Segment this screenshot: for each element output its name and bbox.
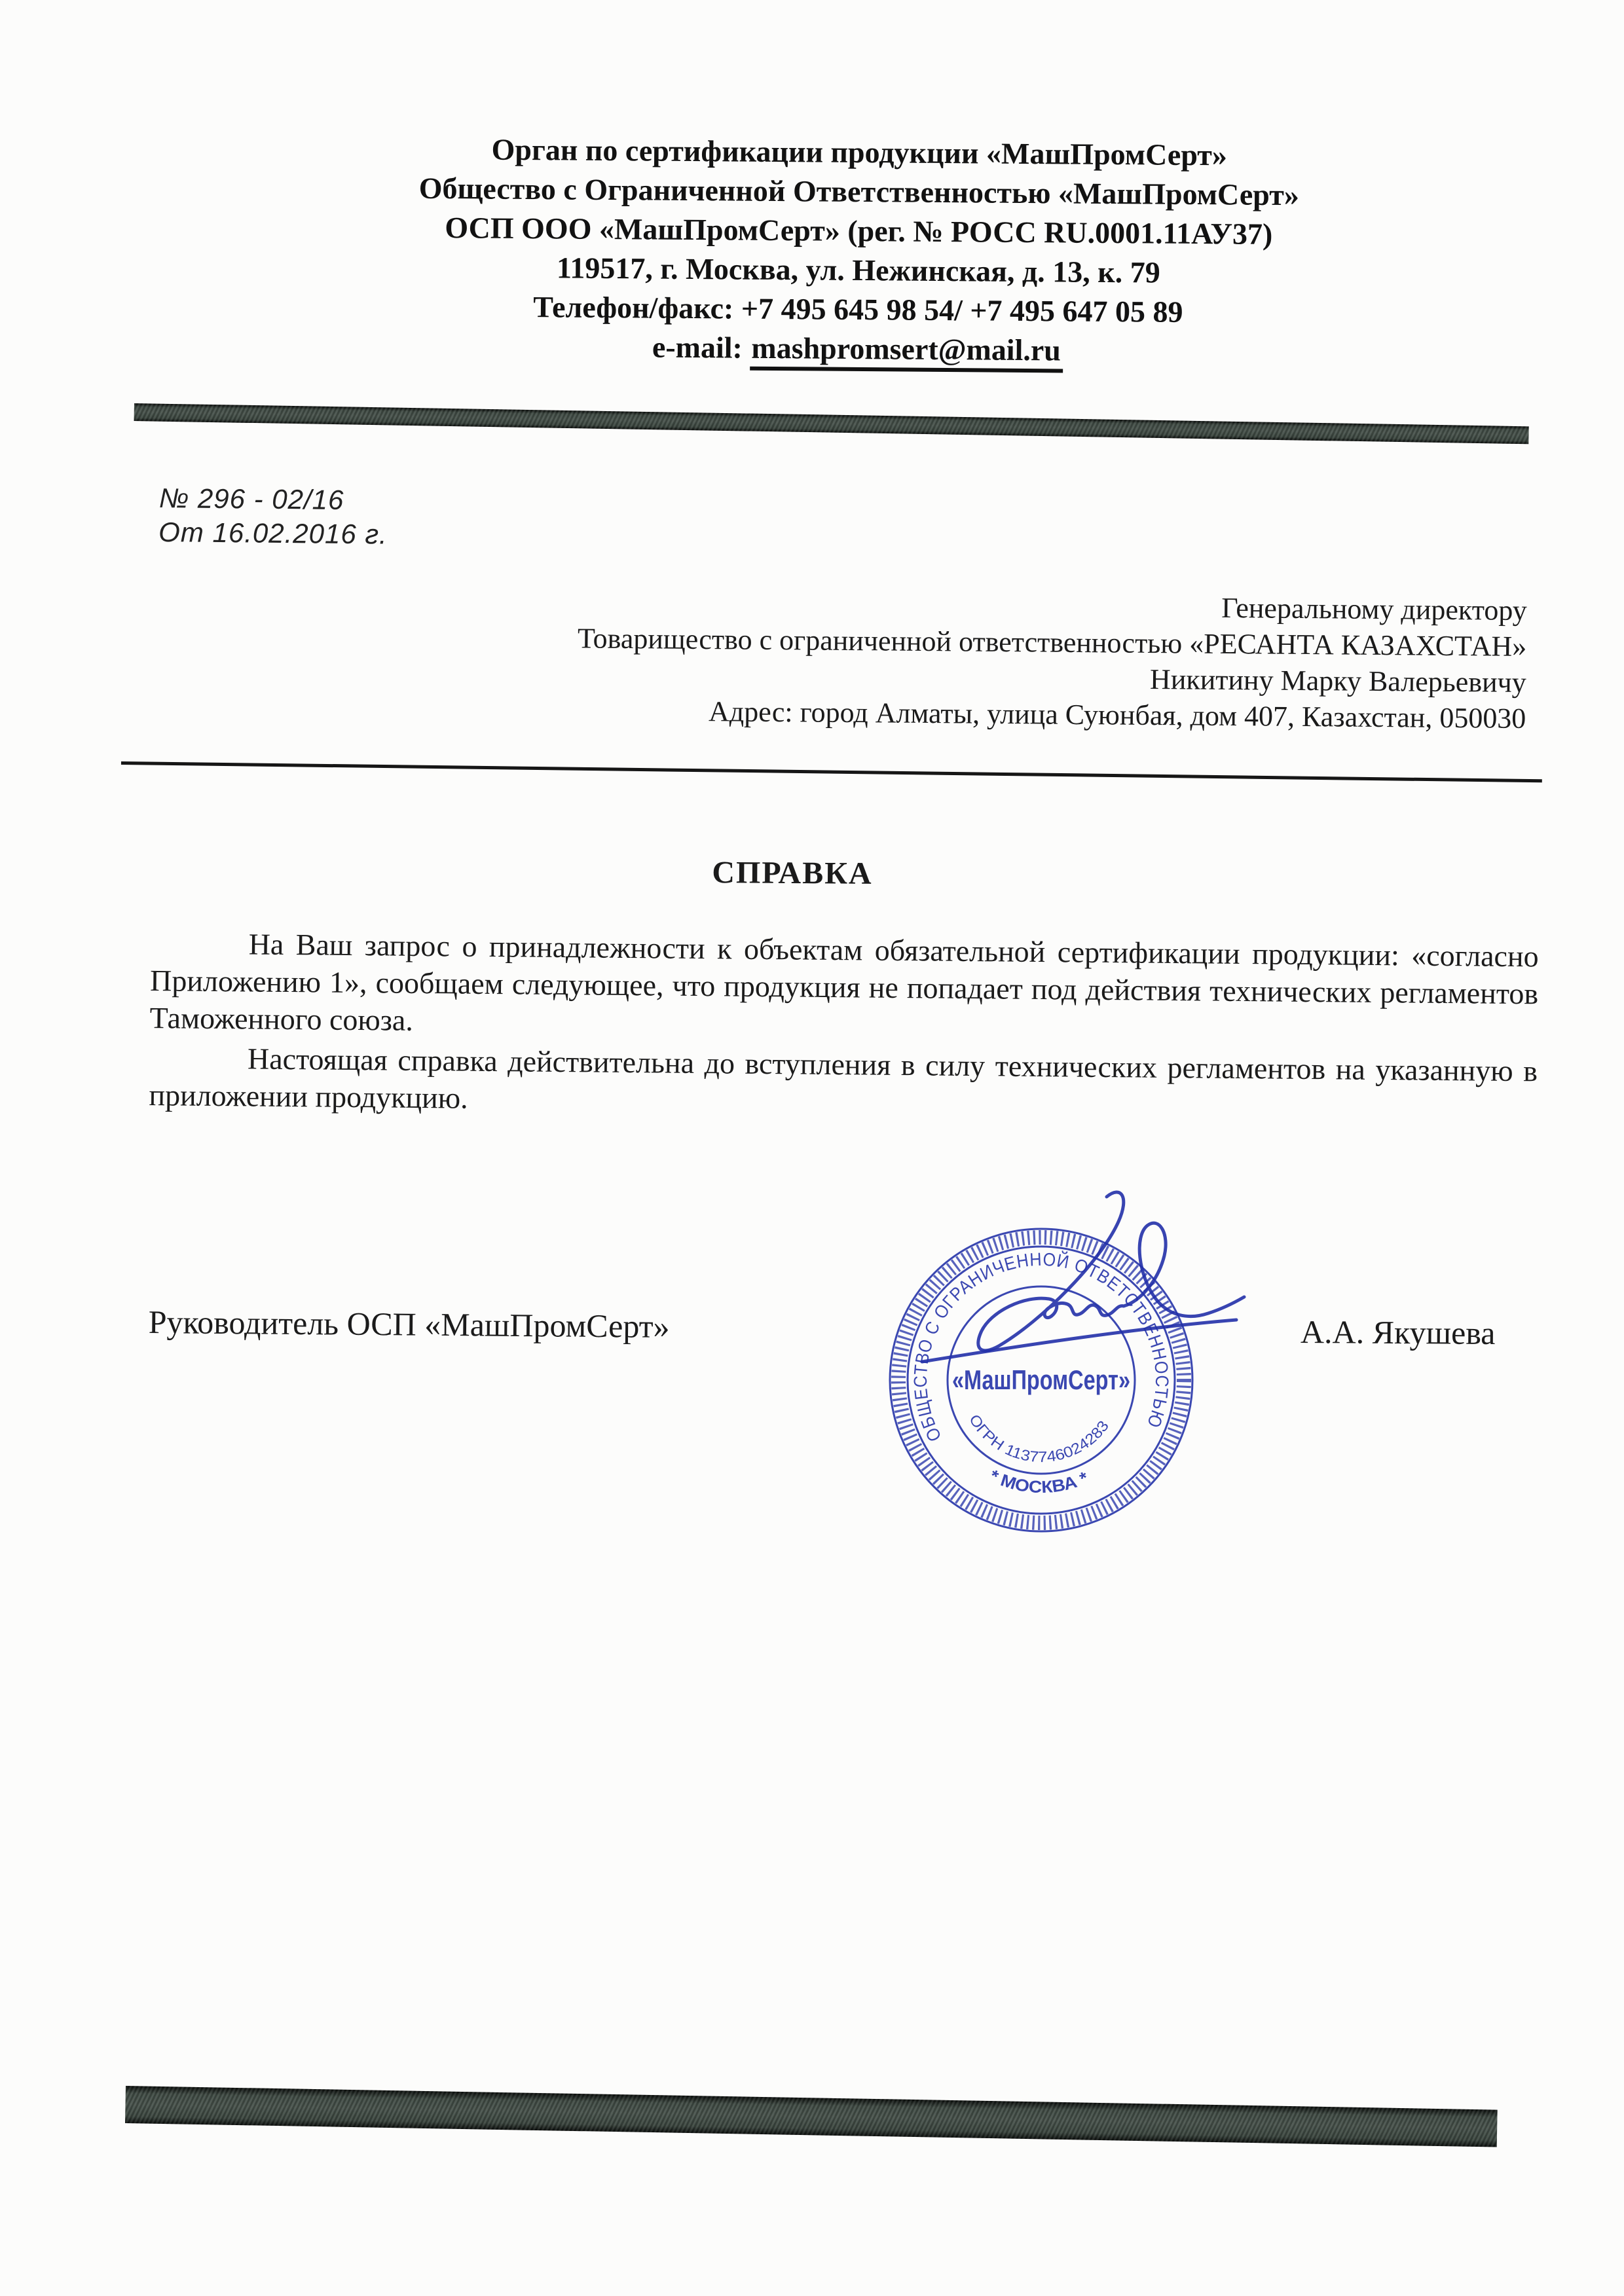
- top-divider-bar: [134, 403, 1529, 444]
- body-paragraph-2: Настоящая справка действительна до вступ…: [149, 1039, 1538, 1127]
- letterhead: Орган по сертификации продукции «МашПром…: [355, 129, 1362, 375]
- email-label: e-mail:: [652, 331, 743, 365]
- letterhead-email-line: e-mail: mashpromsert@mail.ru: [355, 325, 1360, 375]
- signature-underline-stroke: [922, 1320, 1236, 1362]
- letterhead-registration-line: ОСП ООО «МашПромСерт» (рег. № РОСС RU.00…: [356, 208, 1361, 255]
- signatory-position: Руководитель ОСП «МашПромСерт»: [148, 1303, 669, 1345]
- reference-number: № 296 - 02/16: [158, 481, 388, 518]
- reference-block: № 296 - 02/16 От 16.02.2016 г.: [158, 481, 388, 552]
- document-title: СПРАВКА: [98, 850, 1486, 896]
- bottom-divider-bar: [125, 2086, 1498, 2147]
- signatory-name: А.А. Якушева: [1301, 1313, 1496, 1352]
- email-address: mashpromsert@mail.ru: [750, 331, 1063, 373]
- stamp-city-text: * МОСКВА *: [987, 1465, 1092, 1497]
- body-paragraph-1: На Ваш запрос о принадлежности к объекта…: [149, 924, 1539, 1049]
- reference-date: От 16.02.2016 г.: [158, 515, 388, 552]
- scanned-letter-page: Орган по сертификации продукции «МашПром…: [0, 0, 1624, 2296]
- signature-flourish-stroke: [978, 1192, 1244, 1351]
- document-body: На Ваш запрос о принадлежности к объекта…: [149, 924, 1539, 1127]
- recipient-block: Генеральному директору Товарищество с ог…: [399, 583, 1527, 737]
- handwritten-signature: [877, 1171, 1270, 1387]
- separator-line: [121, 761, 1542, 782]
